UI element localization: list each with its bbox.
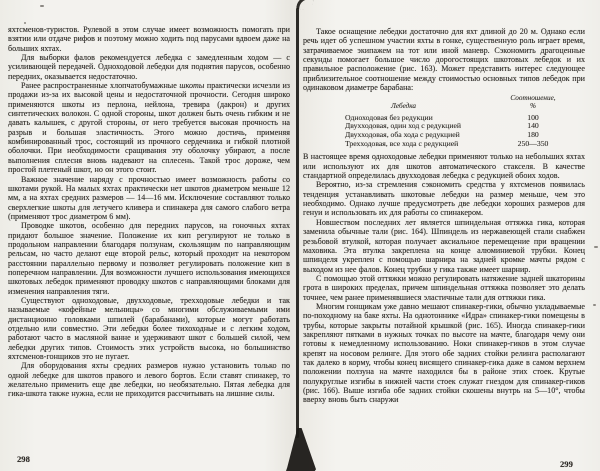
right-page-text: Такое оснащение лебедки достаточно для я… <box>303 27 585 457</box>
scan-speck <box>40 5 44 7</box>
paragraph: Существуют одноходовые, двухходовые, тре… <box>8 296 290 361</box>
table-row: Трехходовая, все хода с редукцией250—350 <box>303 140 585 149</box>
paragraph: Ранее распространенные хлопчатобумажные … <box>8 81 290 174</box>
paragraph: Вероятно, из-за стремления сэкономить ср… <box>303 180 585 217</box>
winch-cost-table-header: Лебедка Соотношение, % <box>303 95 585 110</box>
page-number-right: 299 <box>560 459 573 469</box>
winch-type-label: Трехходовая, все хода с редукцией <box>303 140 481 149</box>
scan-speck <box>594 246 598 248</box>
right-page-top-paragraphs: Такое оснащение лебедки достаточно для я… <box>303 27 585 92</box>
left-page-text: яхтсменов-туристов. Рулевой в этом случа… <box>8 25 290 455</box>
paragraph: Многим гонщикам уже давно мешают спинаке… <box>303 302 585 405</box>
paragraph: Важное значение наряду с прочностью имее… <box>8 175 290 222</box>
paragraph: Проводке шкотов, особенно для передних п… <box>8 221 290 296</box>
paragraph: Новшеством последних лет является шпинде… <box>303 218 585 274</box>
cost-ratio-value: 250—350 <box>481 140 585 149</box>
paragraph: Для оборудования яхты средних размеров н… <box>8 361 290 398</box>
table-header-winch: Лебедка <box>303 103 481 111</box>
scan-speck <box>24 22 26 24</box>
gutter-shadow-line <box>296 8 299 438</box>
paragraph: Такое оснащение лебедки достаточно для я… <box>303 27 585 92</box>
page-number-left: 298 <box>17 454 30 464</box>
winch-cost-table: Лебедка Соотношение, % Одноходовая без р… <box>303 95 585 148</box>
paragraph: С помощью этой оттяжки можно регулироват… <box>303 274 585 302</box>
scan-speck <box>593 304 596 306</box>
paragraph: В настоящее время одноходовые лебедки пр… <box>303 152 585 180</box>
paragraph: Для выборки фалов рекомендуется лебедка … <box>8 53 290 81</box>
book-scan-spread: яхтсменов-туристов. Рулевой в этом случа… <box>0 0 600 471</box>
right-page-bottom-paragraphs: В настоящее время одноходовые лебедки пр… <box>303 152 585 404</box>
winch-cost-table-rows: Одноходовая без редукции100Двухходовая, … <box>303 114 585 149</box>
paragraph: яхтсменов-туристов. Рулевой в этом случа… <box>8 25 290 53</box>
table-header-ratio: Соотношение, % <box>481 95 585 110</box>
